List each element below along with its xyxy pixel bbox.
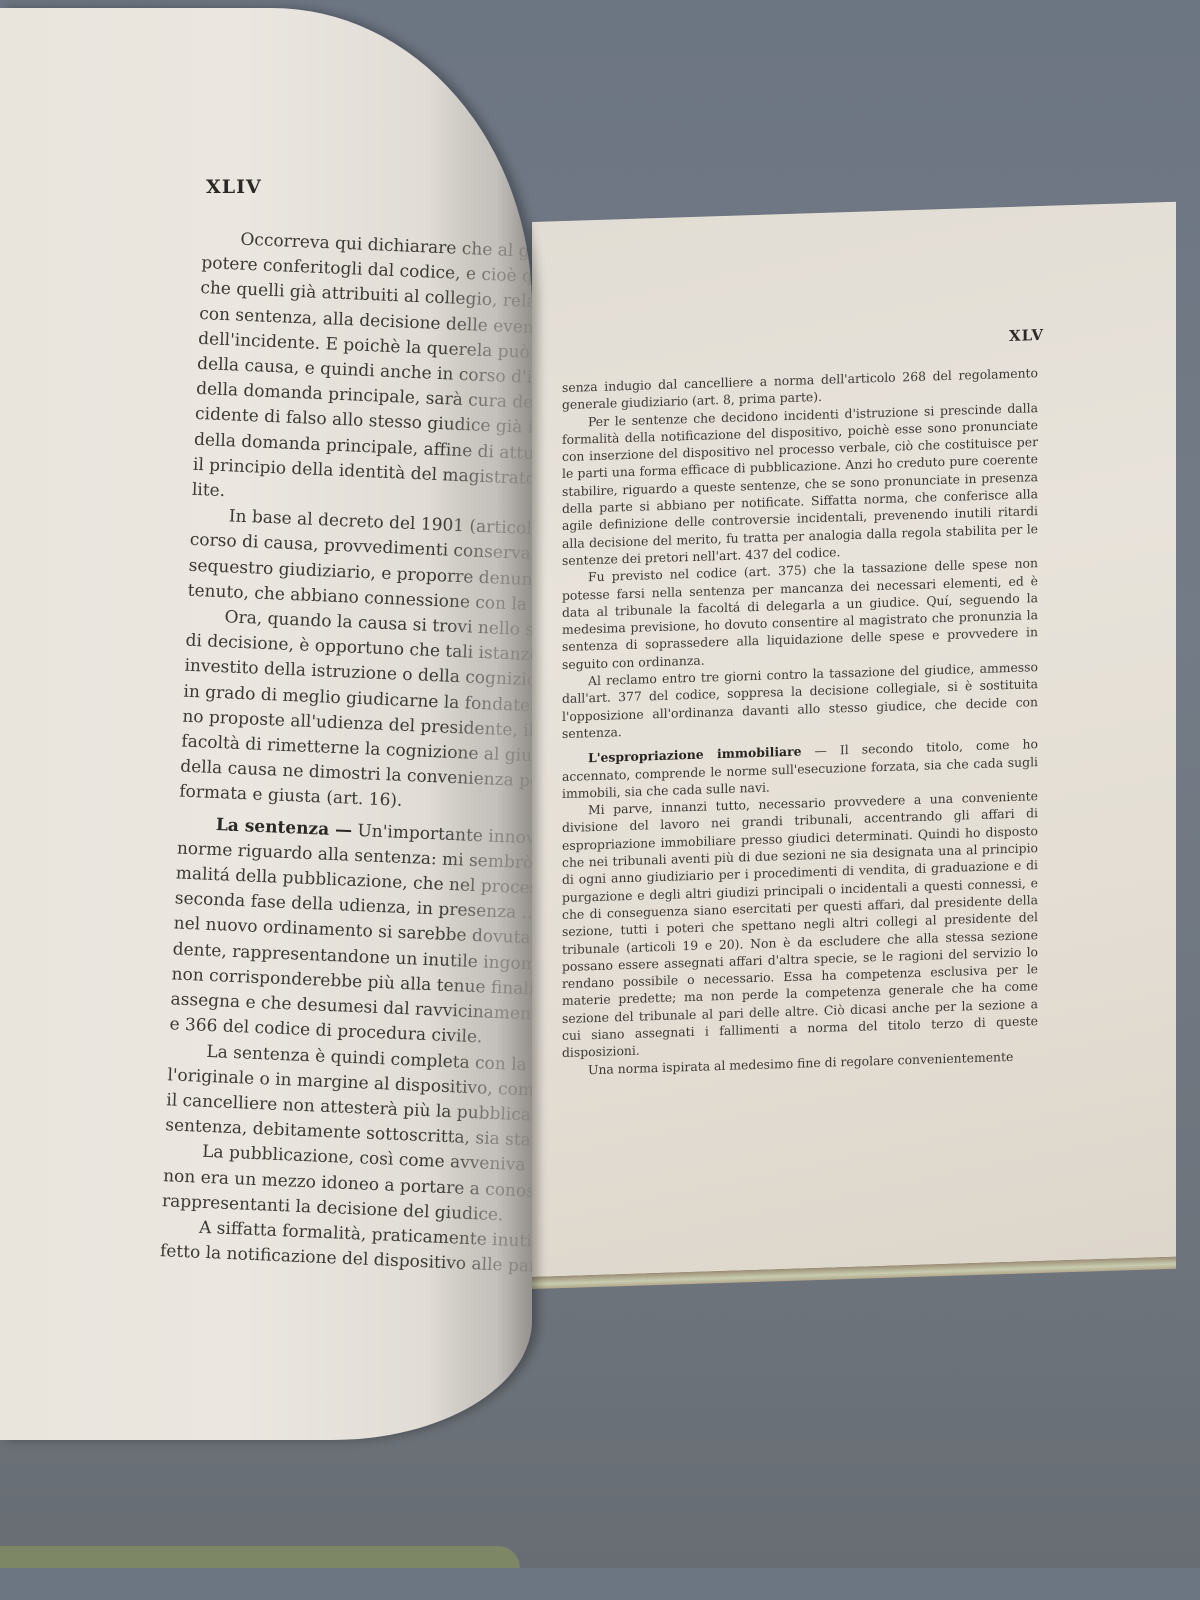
table-surface-strip (0, 1546, 520, 1568)
left-page: XLIV Occorreva qui dichiarare che al giu… (0, 8, 532, 1440)
left-page-number: XLIV (206, 176, 262, 198)
photo-background: XLV senza indugio dal cancelliere a norm… (0, 0, 1176, 1568)
right-page-body: senza indugio dal cancelliere a norma de… (562, 364, 1038, 1079)
paragraph: Fu previsto nel codice (art. 375) che la… (562, 554, 1038, 673)
left-page-body: Occorreva qui dichiarare che al giudice … (159, 226, 532, 1278)
paragraph: Al reclamo entro tre giorni contro la ta… (562, 658, 1038, 742)
paragraph: Mi parve, innanzi tutto, necessario prov… (562, 787, 1038, 1061)
right-page: XLV senza indugio dal cancelliere a norm… (532, 202, 1176, 1277)
paragraph: Per le sentenze che decidono incidenti d… (562, 399, 1038, 570)
right-page-number: XLV (1009, 326, 1044, 345)
section-heading: La sentenza — (216, 815, 353, 841)
